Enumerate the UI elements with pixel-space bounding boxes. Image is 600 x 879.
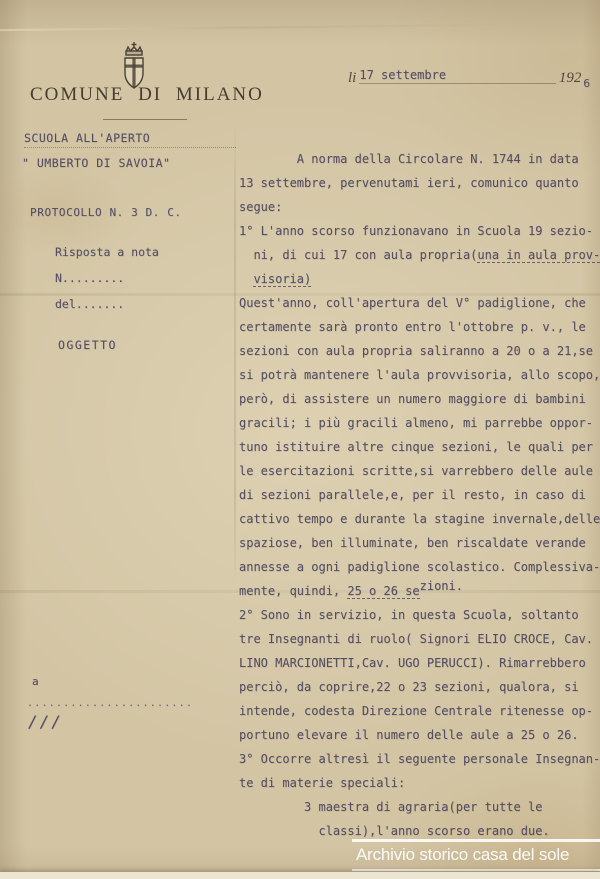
school-name-line2: " UMBERTO DI SAVOIA": [22, 156, 170, 170]
protocol-number: PROTOCOLLO N. 3 D. C.: [30, 206, 182, 219]
body-line: spaziose, ben illuminate, ben riscaldate…: [239, 531, 600, 555]
document-page: COMUNE DI MILANO SCUOLA ALL'APERTO " UMB…: [0, 0, 600, 879]
annotation-dots: .......................: [27, 698, 193, 709]
body-line: 3 maestra di agraria(per tutte le: [239, 795, 600, 819]
numero-field: N.........: [55, 271, 124, 285]
school-name-line1: SCUOLA ALL'APERTO: [24, 131, 236, 148]
body-line: gracili; i più gracili almeno, mi parreb…: [239, 411, 600, 435]
body-line: tre Insegnanti di ruolo( Signori ELIO CR…: [239, 627, 600, 651]
body-line: 2° Sono in servizio, in questa Scuola, s…: [239, 603, 600, 627]
crease-line: [234, 120, 236, 590]
letterhead-title: COMUNE DI MILANO: [30, 84, 240, 106]
archive-watermark-text: Archivio storico casa del sole: [356, 845, 600, 865]
body-line: segue:: [239, 195, 600, 219]
annotation-a: a: [32, 675, 39, 688]
dateline-date-typed: 17 settembre: [359, 68, 446, 82]
oggetto-label: OGGETTO: [58, 338, 117, 352]
archive-watermark: Archivio storico casa del sole: [352, 839, 600, 871]
body-line: sezioni con aula propria saliranno a 20 …: [239, 339, 600, 363]
body-line: intende, codesta Direzione Centrale rite…: [239, 699, 600, 723]
body-line: visoria): [239, 267, 600, 291]
body-line: portuno elevare il numero delle aule a 2…: [239, 723, 600, 747]
body-line: però, di assistere un numero maggiore di…: [239, 387, 600, 411]
body-line: Quest'anno, coll'apertura del V° padigli…: [239, 291, 600, 315]
dateline-rule: 17 settembre: [359, 68, 556, 84]
body-line: 3° Occorre altresì il seguente personale…: [239, 747, 600, 771]
body-line: annesse a ogni padiglione scolastico. Co…: [239, 555, 600, 579]
body-text: A norma della Circolare N. 1744 in data1…: [239, 147, 600, 843]
body-line: mente, quindi, 25 o 26 sezioni.: [239, 579, 600, 603]
del-field: del.......: [55, 297, 124, 311]
paper-bottom-edge: [0, 872, 600, 879]
annotation-slashes: ///: [28, 712, 63, 731]
body-line: A norma della Circolare N. 1744 in data: [239, 147, 600, 171]
body-line: si potrà mantenere l'aula provvisoria, a…: [239, 363, 600, 387]
dateline-li-printed: li: [348, 70, 356, 87]
body-line: 13 settembre, pervenutami ieri, comunico…: [239, 171, 600, 195]
body-line: LINO MARCIONETTI,Cav. UGO PERUCCI). Rima…: [239, 651, 600, 675]
dateline: li 17 settembre 192 6: [348, 68, 590, 87]
body-line: ni, di cui 17 con aula propria(una in au…: [239, 243, 600, 267]
crease-line: [0, 23, 600, 31]
dateline-year-printed: 192: [559, 70, 582, 87]
body-line: 1° L'anno scorso funzionavano in Scuola …: [239, 219, 600, 243]
letterhead-rule: [103, 119, 187, 120]
dateline-year-typed: 6: [583, 77, 590, 90]
body-line: cattivo tempo e durante la stagine inver…: [239, 507, 600, 531]
body-line: le esercitazioni scritte,si varrebbero d…: [239, 459, 600, 483]
body-line: perciò, da coprire,22 o 23 sezioni, qual…: [239, 675, 600, 699]
body-line: di sezioni parallele,e, per il resto, in…: [239, 483, 600, 507]
body-line: te di materie speciali:: [239, 771, 600, 795]
body-line: certamente sarà pronto entro l'ottobre p…: [239, 315, 600, 339]
risposta-label: Risposta a nota: [55, 245, 159, 259]
body-line: tuno istituire altre cinque sezioni, le …: [239, 435, 600, 459]
